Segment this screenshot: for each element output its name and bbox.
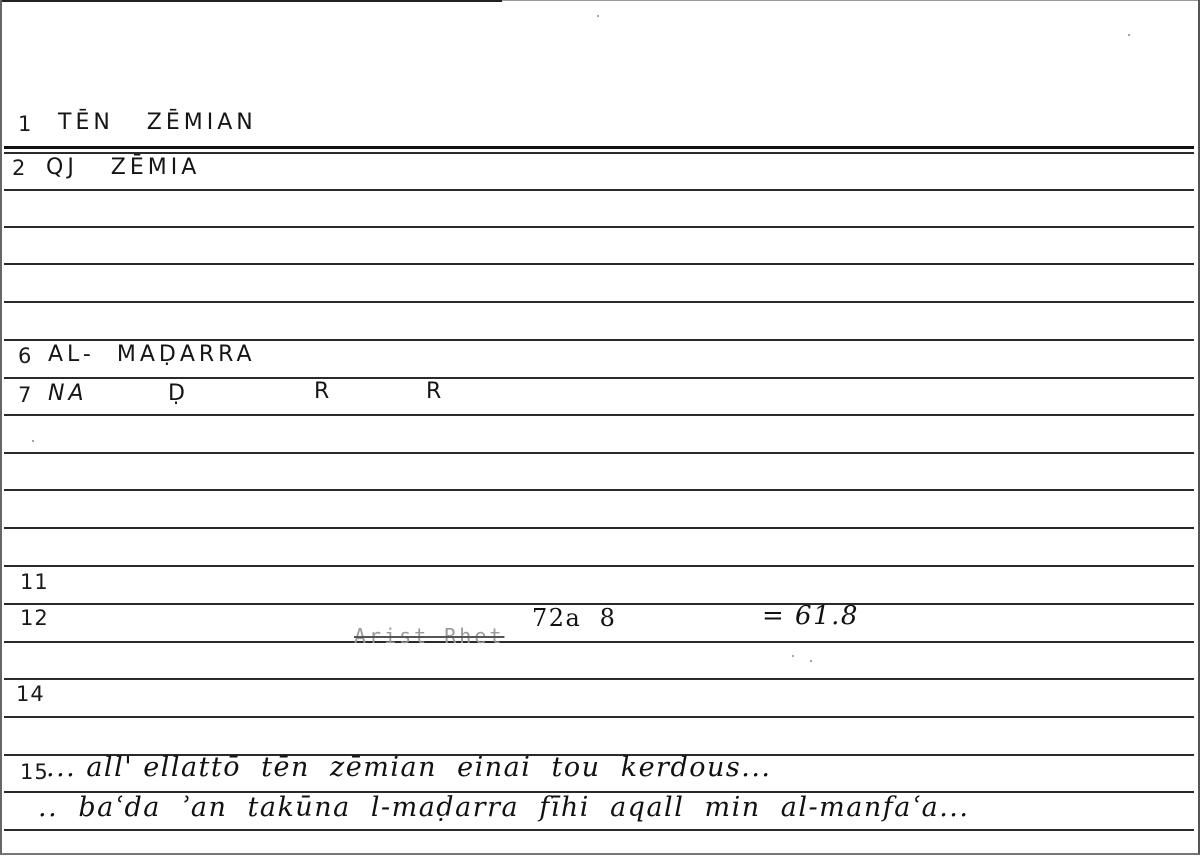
line-number: 6: [18, 344, 32, 368]
greek-quotation: ... all' ellattō tēn zēmian einai tou ke…: [46, 752, 771, 783]
line-number: 11: [20, 570, 49, 594]
ruled-line: [4, 189, 1194, 191]
root-letter-d: Ḍ: [168, 381, 189, 406]
scan-speck: [792, 655, 794, 657]
scan-speck: [1128, 34, 1130, 36]
root-prefix: NA: [48, 381, 88, 406]
source-stamp: Arist Rhet: [354, 624, 504, 648]
ruled-line: [4, 452, 1194, 454]
root-letter-r: R: [314, 379, 333, 404]
ruled-line: [4, 226, 1194, 228]
arabic-quotation: .. baʿda ʾan takūna l-maḍarra fīhi aqall…: [38, 792, 969, 823]
root-letter-r: R: [426, 379, 445, 404]
ruled-line: [4, 263, 1194, 265]
ruled-line: [4, 489, 1194, 491]
ruled-line: [4, 641, 1194, 643]
line-number: 7: [18, 383, 32, 407]
line-number: 2: [12, 156, 26, 180]
line-number: 1: [18, 112, 32, 136]
ruled-line: [4, 716, 1194, 718]
double-rule-top: [4, 146, 1194, 149]
greek-form: QJ ZĒMIA: [46, 155, 200, 180]
arabic-headword: AL- MAḌARRA: [48, 342, 256, 367]
card-top-edge: [2, 0, 502, 2]
index-card: 1 TĒN ZĒMIAN 2 QJ ZĒMIA 6 AL- MAḌARRA 7 …: [0, 0, 1200, 855]
scan-speck: [810, 660, 812, 662]
ruled-line: [4, 829, 1194, 831]
line-number: 15: [20, 760, 49, 784]
double-rule-bottom: [4, 152, 1194, 154]
line-number: 14: [16, 682, 45, 706]
ruled-line: [4, 339, 1194, 341]
ruled-line: [4, 301, 1194, 303]
ruled-line: [4, 527, 1194, 529]
reference-equivalent: = 61.8: [762, 601, 859, 631]
card-top-edge-light: [502, 0, 1198, 1]
ruled-line: [4, 414, 1194, 416]
line-number: 12: [20, 606, 49, 630]
scan-speck: [32, 440, 34, 442]
ruled-line: [4, 377, 1194, 379]
ruled-line: [4, 678, 1194, 680]
scan-speck: [597, 15, 599, 17]
greek-headword: TĒN ZĒMIAN: [58, 110, 257, 135]
ruled-line: [4, 565, 1194, 567]
reference-locus: 72a 8: [532, 604, 616, 632]
